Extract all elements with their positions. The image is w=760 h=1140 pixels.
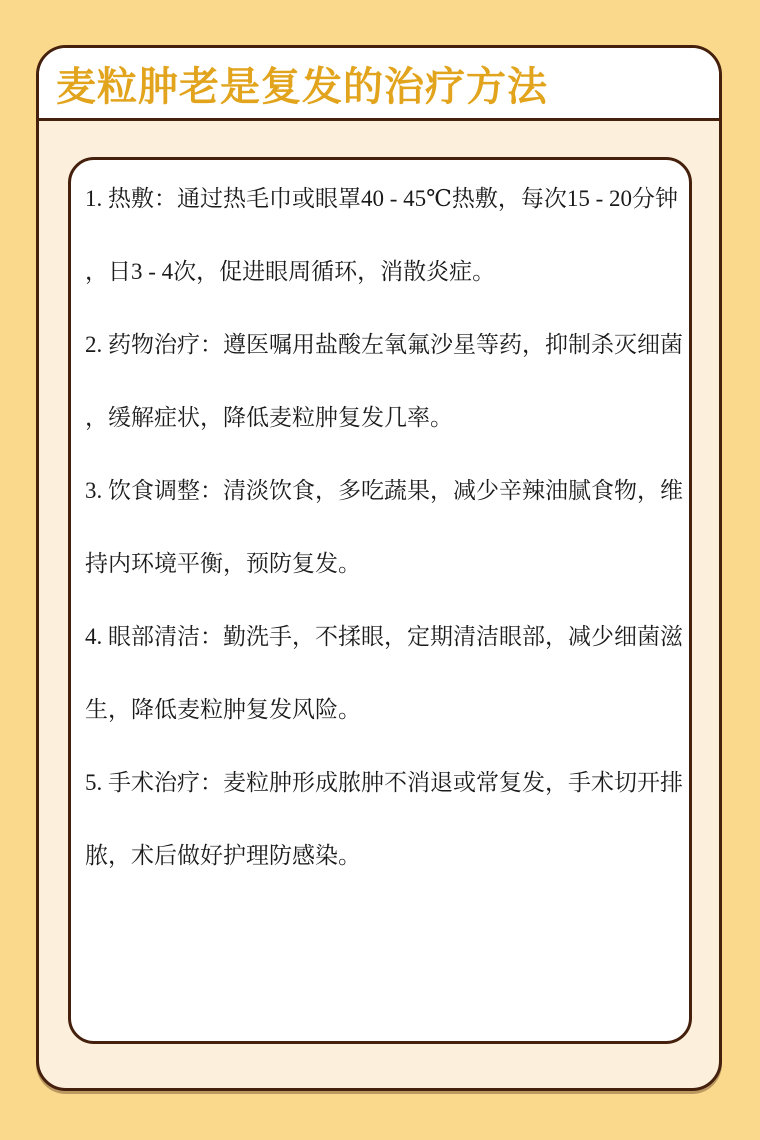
list-item-4-line-2: 生，降低麦粒肿复发风险。 (85, 673, 677, 746)
card-header: 麦粒肿老是复发的治疗方法 (39, 48, 719, 121)
list-item-3-line-2: 持内环境平衡，预防复发。 (85, 527, 677, 600)
list-item-1-line-2: ，日3 - 4次，促进眼周循环，消散炎症。 (85, 235, 677, 308)
poster-background: 麦粒肿老是复发的治疗方法 1. 热敷：通过热毛巾或眼罩40 - 45℃热敷，每次… (0, 0, 760, 1140)
list-item-2-line-1: 2. 药物治疗：遵医嘱用盐酸左氧氟沙星等药，抑制杀灭细菌 (85, 308, 677, 381)
content-card: 麦粒肿老是复发的治疗方法 1. 热敷：通过热毛巾或眼罩40 - 45℃热敷，每次… (36, 45, 722, 1091)
list-item-2-line-2: ，缓解症状，降低麦粒肿复发几率。 (85, 381, 677, 454)
list-item-4-line-1: 4. 眼部清洁：勤洗手，不揉眼，定期清洁眼部，减少细菌滋 (85, 600, 677, 673)
list-item-5-line-2: 脓，术后做好护理防感染。 (85, 819, 677, 892)
treatment-list-panel: 1. 热敷：通过热毛巾或眼罩40 - 45℃热敷，每次15 - 20分钟 ，日3… (68, 157, 692, 1044)
list-item-5-line-1: 5. 手术治疗：麦粒肿形成脓肿不消退或常复发，手术切开排 (85, 746, 677, 819)
page-title: 麦粒肿老是复发的治疗方法 (56, 55, 548, 112)
list-item-1-line-1: 1. 热敷：通过热毛巾或眼罩40 - 45℃热敷，每次15 - 20分钟 (85, 162, 677, 235)
list-item-3-line-1: 3. 饮食调整：清淡饮食，多吃蔬果，减少辛辣油腻食物，维 (85, 454, 677, 527)
